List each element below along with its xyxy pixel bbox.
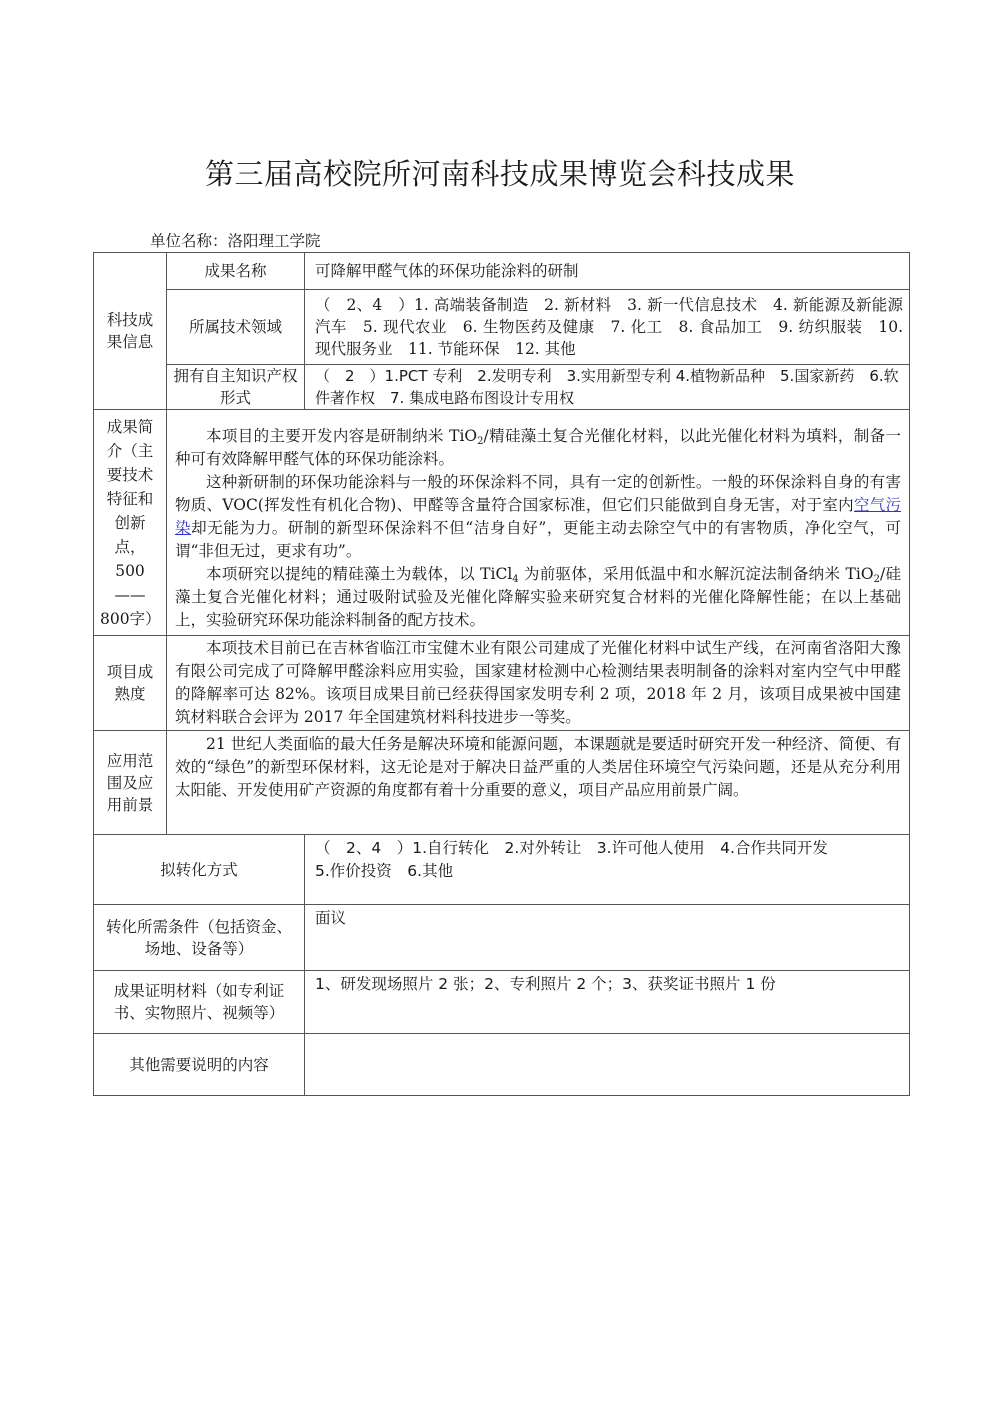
tech-info-group-label: 科技成果信息 bbox=[94, 253, 167, 410]
maturity-text: 本项技术目前已在吉林省临江市宝健木业有限公司建成了光催化材料中试生产线，在河南省… bbox=[175, 637, 901, 729]
application-text: 21 世纪人类面临的最大任务是解决环境和能源问题，本课题就是要适时研究开发一种经… bbox=[175, 733, 901, 802]
other-label: 其他需要说明的内容 bbox=[94, 1034, 305, 1096]
summary-label: 成果简介（主要技术特征和创新点，500——800字） bbox=[94, 410, 167, 636]
row-tech-field: 所属技术领域 （ 2、4 ）1. 高端装备制造 2. 新材料 3. 新一代信息技… bbox=[94, 290, 910, 365]
summary-paragraph-2: 这种新研制的环保功能涂料与一般的环保涂料不同，具有一定的创新性。一般的环保涂料自… bbox=[175, 471, 901, 563]
transfer-conditions-value: 面议 bbox=[305, 905, 910, 971]
tech-field-label: 所属技术领域 bbox=[167, 290, 305, 365]
row-ip-form: 拥有自主知识产权形式 （ 2 ）1.PCT 专利 2.发明专利 3.实用新型专利… bbox=[94, 365, 910, 410]
maturity-label: 项目成熟度 bbox=[94, 636, 167, 731]
ip-form-label: 拥有自主知识产权形式 bbox=[167, 365, 305, 410]
document-title: 第三届高校院所河南科技成果博览会科技成果 bbox=[0, 152, 1000, 193]
transfer-mode-options: （ 2、4 ）1.自行转化 2.对外转让 3.许可他人使用 4.合作共同开发 bbox=[315, 837, 901, 860]
unit-name: 单位名称：洛阳理工学院 bbox=[150, 229, 321, 251]
transfer-mode-label: 拟转化方式 bbox=[94, 835, 305, 905]
summary-content: 本项目的主要开发内容是研制纳米 TiO2/精硅藻土复合光催化材料，以此光催化材料… bbox=[167, 410, 910, 636]
row-summary: 成果简介（主要技术特征和创新点，500——800字） 本项目的主要开发内容是研制… bbox=[94, 410, 910, 636]
row-transfer-conditions: 转化所需条件（包括资金、场地、设备等） 面议 bbox=[94, 905, 910, 971]
transfer-mode-options-cont: 5.作价投资 6.其他 bbox=[315, 860, 901, 883]
achievement-name-value: 可降解甲醛气体的环保功能涂料的研制 bbox=[305, 253, 910, 290]
other-value bbox=[305, 1034, 910, 1096]
row-transfer-mode: 拟转化方式 （ 2、4 ）1.自行转化 2.对外转让 3.许可他人使用 4.合作… bbox=[94, 835, 910, 905]
summary-paragraph-3: 本项研究以提纯的精硅藻土为载体，以 TiCl4 为前驱体，采用低温中和水解沉淀法… bbox=[175, 563, 901, 632]
row-other: 其他需要说明的内容 bbox=[94, 1034, 910, 1096]
achievement-form-table: 科技成果信息 成果名称 可降解甲醛气体的环保功能涂料的研制 所属技术领域 （ 2… bbox=[93, 252, 910, 1096]
tech-field-value: （ 2、4 ）1. 高端装备制造 2. 新材料 3. 新一代信息技术 4. 新能… bbox=[305, 290, 910, 365]
summary-paragraph-1: 本项目的主要开发内容是研制纳米 TiO2/精硅藻土复合光催化材料，以此光催化材料… bbox=[175, 425, 901, 471]
row-application: 应用范围及应用前景 21 世纪人类面临的最大任务是解决环境和能源问题，本课题就是… bbox=[94, 731, 910, 835]
ip-form-value: （ 2 ）1.PCT 专利 2.发明专利 3.实用新型专利 4.植物新品种 5.… bbox=[305, 365, 910, 410]
row-achievement-name: 科技成果信息 成果名称 可降解甲醛气体的环保功能涂料的研制 bbox=[94, 253, 910, 290]
transfer-conditions-label: 转化所需条件（包括资金、场地、设备等） bbox=[94, 905, 305, 971]
evidence-value: 1、研发现场照片 2 张；2、专利照片 2 个；3、获奖证书照片 1 份 bbox=[305, 971, 910, 1034]
row-evidence: 成果证明材料（如专利证书、实物照片、视频等） 1、研发现场照片 2 张；2、专利… bbox=[94, 971, 910, 1034]
achievement-name-label: 成果名称 bbox=[167, 253, 305, 290]
application-label: 应用范围及应用前景 bbox=[94, 731, 167, 835]
evidence-label: 成果证明材料（如专利证书、实物照片、视频等） bbox=[94, 971, 305, 1034]
row-maturity: 项目成熟度 本项技术目前已在吉林省临江市宝健木业有限公司建成了光催化材料中试生产… bbox=[94, 636, 910, 731]
